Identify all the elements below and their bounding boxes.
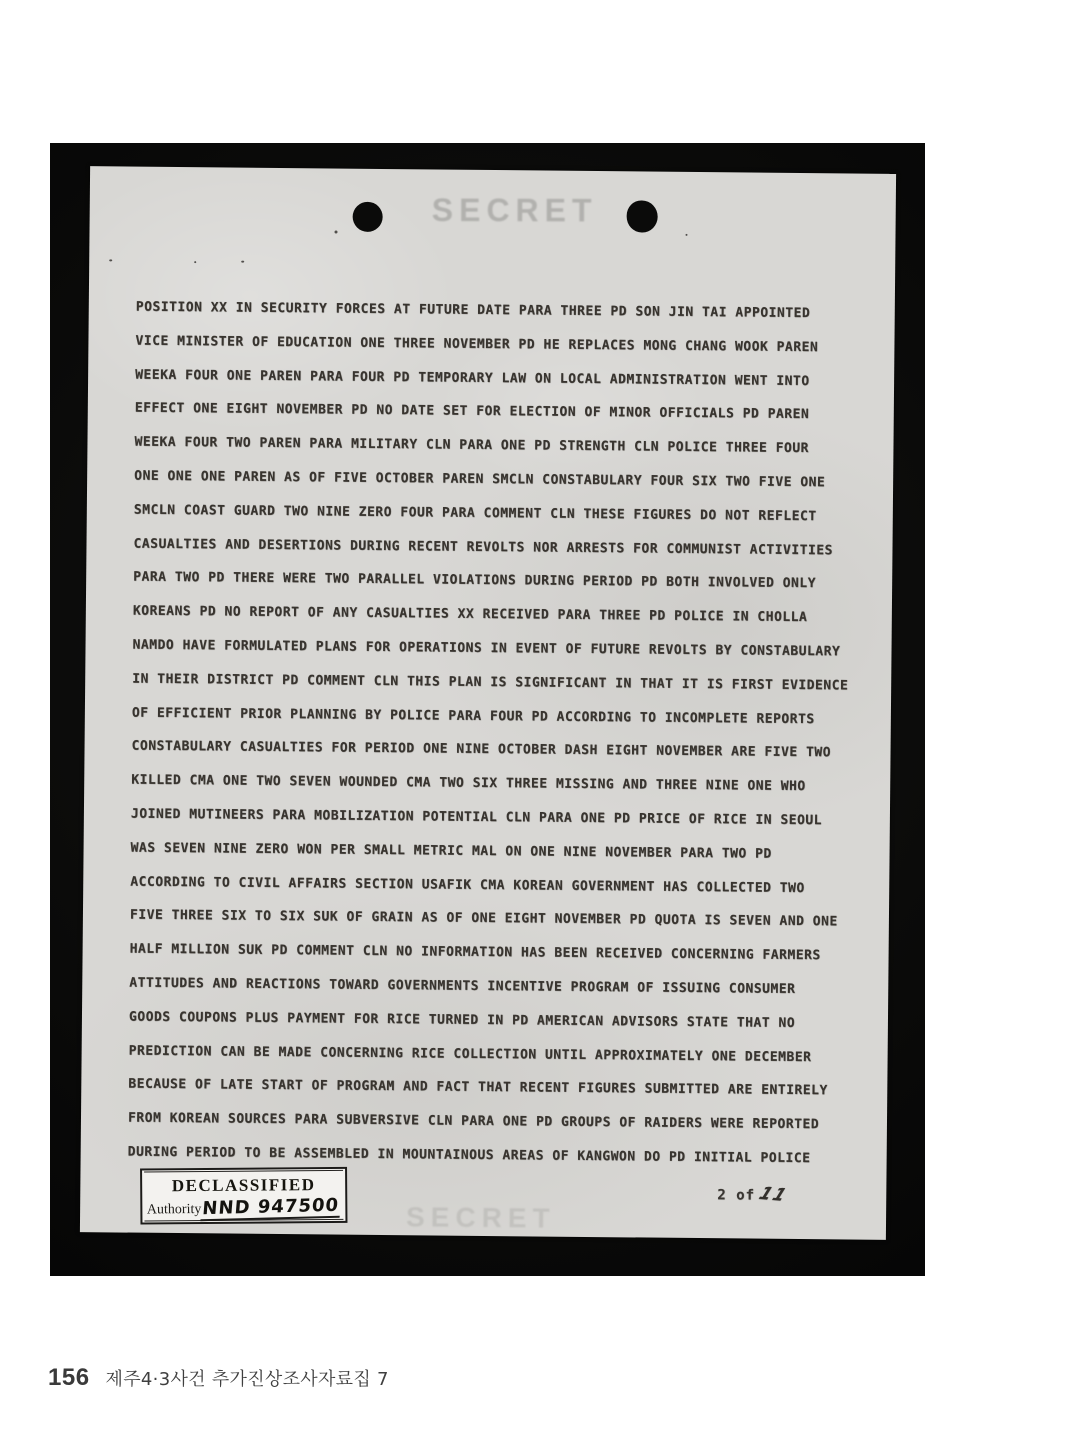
book-caption: 제주4·3사건 추가진상조사자료집 7: [106, 1365, 389, 1391]
page-marker-handwritten: 11: [753, 1184, 792, 1206]
declassified-title: DECLASSIFIED: [144, 1175, 343, 1197]
declassified-stamp-inner: DECLASSIFIED AuthorityNND 947500: [144, 1170, 343, 1222]
punch-hole-right: [627, 200, 658, 232]
punch-hole-left: [353, 202, 383, 232]
secret-stamp-top: SECRET: [432, 192, 598, 229]
authority-label: Authority: [147, 1202, 202, 1217]
page-marker: 2 of11: [717, 1184, 787, 1205]
document-photo: SECRET POSITION XX IN SECURITY FORCES AT…: [50, 143, 925, 1276]
book-page-number: 156: [48, 1364, 90, 1392]
declassified-stamp: DECLASSIFIED AuthorityNND 947500: [140, 1167, 347, 1225]
paper-speck: [685, 234, 687, 236]
paper-speck: [334, 231, 337, 234]
typed-text-block: POSITION XX IN SECURITY FORCES AT FUTURE…: [128, 291, 878, 1177]
authority-number-handwritten: NND 947500: [200, 1195, 342, 1222]
document-page: SECRET POSITION XX IN SECURITY FORCES AT…: [80, 166, 896, 1240]
paper-speck: [241, 261, 244, 263]
paper-speck: [109, 259, 112, 261]
page-marker-typed: 2 of: [717, 1187, 755, 1203]
book-footer: 156 제주4·3사건 추가진상조사자료집 7: [48, 1364, 389, 1392]
paper-speck: [194, 261, 196, 263]
secret-stamp-bottom: SECRET: [406, 1201, 556, 1234]
declassified-authority: AuthorityNND 947500: [144, 1196, 343, 1221]
